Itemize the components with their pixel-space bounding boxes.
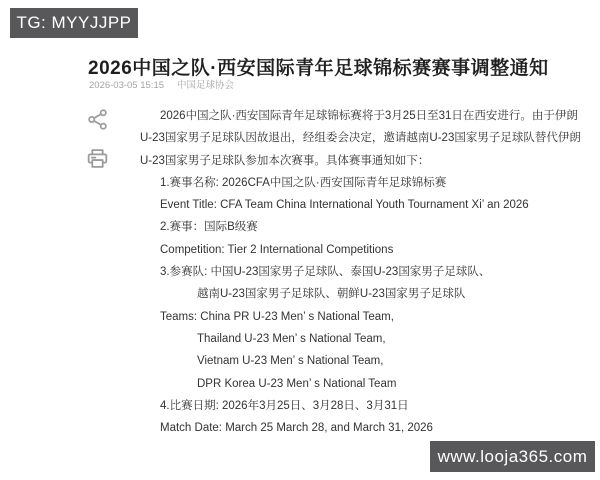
article-actions (84, 108, 110, 173)
article-line: Thailand U-23 Men’ s National Team, (140, 328, 590, 350)
article-date: 2026-03-05 15:15 (89, 80, 164, 91)
site-watermark-badge: www.looja365.com (430, 441, 595, 472)
article-line: 越南U-23国家男子足球队、朝鲜U-23国家男子足球队 (140, 283, 590, 305)
article-line: 4.比赛日期: 2026年3月25日、3月28日、3月31日 (140, 395, 590, 417)
article-line: Vietnam U-23 Men’ s National Team, (140, 350, 590, 372)
print-icon (85, 146, 110, 174)
article-line: Event Title: CFA Team China Internationa… (140, 194, 590, 216)
article-meta: 2026-03-05 15:15中国足球协会 (89, 77, 234, 91)
article-line: 2026中国之队·西安国际青年足球锦标赛将于3月25日至31日在西安进行。由于伊… (140, 105, 590, 127)
article-line: 3.参赛队: 中国U-23国家男子足球队、泰国U-23国家男子足球队、 (140, 261, 590, 283)
article-line: Competition: Tier 2 International Compet… (140, 239, 590, 261)
tg-watermark-badge: TG: MYYJJPP (10, 8, 138, 38)
article-source: 中国足球协会 (177, 80, 234, 91)
article-body: 2026中国之队·西安国际青年足球锦标赛将于3月25日至31日在西安进行。由于伊… (140, 105, 590, 439)
share-icon (86, 108, 109, 134)
article-line: DPR Korea U-23 Men’ s National Team (140, 373, 590, 395)
article-line: U-23国家男子足球队因故退出，经组委会决定，邀请越南U-23国家男子足球队替代… (140, 127, 590, 149)
article-line: 1.赛事名称: 2026CFA中国之队·西安国际青年足球锦标赛 (140, 172, 590, 194)
article-line: 2.赛事：国际B级赛 (140, 216, 590, 238)
article-line: U-23国家男子足球队参加本次赛事。具体赛事通知如下： (140, 150, 590, 172)
print-button[interactable] (84, 147, 110, 173)
article-line: Teams: China PR U-23 Men’ s National Tea… (140, 306, 590, 328)
article-line: Match Date: March 25 March 28, and March… (140, 417, 590, 439)
share-button[interactable] (84, 108, 110, 134)
